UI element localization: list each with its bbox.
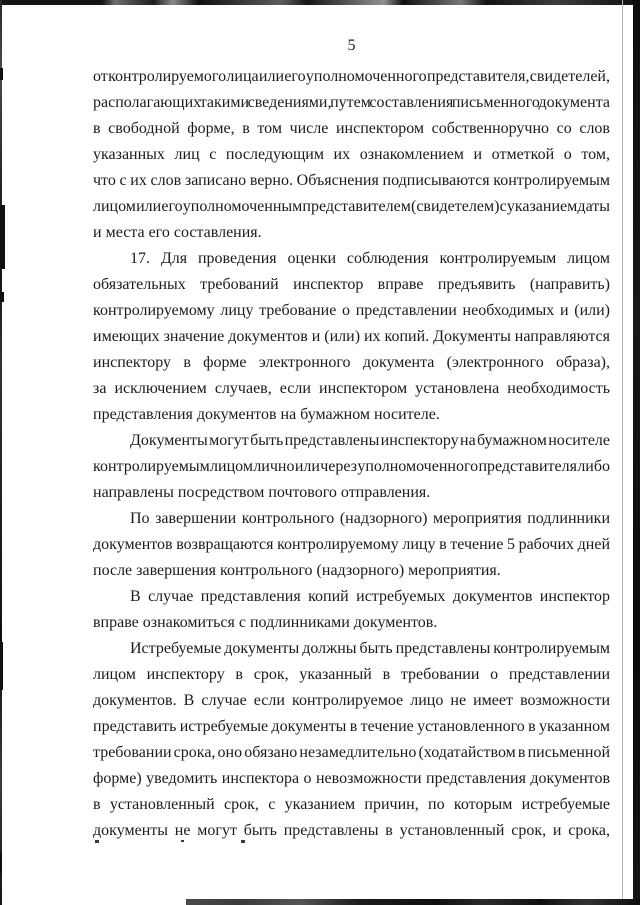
text-line: Документы могут быть представлены инспек… bbox=[93, 428, 610, 454]
text-line: требовании срока, оно обязано незамедлит… bbox=[93, 740, 610, 766]
text-line: По завершении контрольного (надзорного) … bbox=[93, 506, 610, 532]
text-line: инспектору в форме электронного документ… bbox=[93, 350, 610, 376]
scan-edge-top bbox=[0, 0, 640, 5]
text-line: контролируемым лицом лично или через упо… bbox=[93, 454, 610, 480]
text-line: и места его составления. bbox=[93, 220, 610, 246]
scan-edge-right bbox=[633, 0, 640, 905]
page-number: 5 bbox=[93, 36, 610, 56]
scan-artifact bbox=[0, 852, 2, 874]
text-line: форме) уведомить инспектора о невозможно… bbox=[93, 766, 610, 792]
scan-artifact bbox=[0, 205, 5, 269]
text-line: документов возвращаются контролируемому … bbox=[93, 532, 610, 558]
text-line: указанных лиц с последующим их ознакомле… bbox=[93, 142, 610, 168]
scan-edge-left bbox=[0, 0, 2, 905]
text-line: лицом или его уполномоченным представите… bbox=[93, 194, 610, 220]
text-line: направлены посредством почтового отправл… bbox=[93, 480, 610, 506]
text-line: документов. В случае если контролируемое… bbox=[93, 688, 610, 714]
text-line: В случае представления копий истребуемых… bbox=[93, 584, 610, 610]
text-line: за исключением случаев, если инспектором… bbox=[93, 376, 610, 402]
scan-artifact bbox=[0, 642, 3, 690]
text-line: представить истребуемые документы в тече… bbox=[93, 714, 610, 740]
text-line: обязательных требований инспектор вправе… bbox=[93, 272, 610, 298]
text-line: имеющих значение документов и (или) их к… bbox=[93, 324, 610, 350]
text-line: после завершения контрольного (надзорног… bbox=[93, 558, 610, 584]
text-line: Истребуемые документы должны быть предст… bbox=[93, 636, 610, 662]
scan-artifact bbox=[0, 68, 3, 80]
text-line: в свободной форме, в том числе инспектор… bbox=[93, 116, 610, 142]
text-line: 17. Для проведения оценки соблюдения кон… bbox=[93, 246, 610, 272]
document-page: 5 от контролируемого лица или его уполно… bbox=[0, 0, 640, 905]
text-line: что с их слов записано верно. Объяснения… bbox=[93, 168, 610, 194]
text-line: лицом инспектору в срок, указанный в тре… bbox=[93, 662, 610, 688]
text-line: вправе ознакомиться с подлинниками докум… bbox=[93, 610, 610, 636]
scan-edge-bottom bbox=[186, 899, 640, 905]
text-line: представления документов на бумажном нос… bbox=[93, 402, 610, 428]
document-body: от контролируемого лица или его уполномо… bbox=[93, 64, 610, 844]
text-line: в установленный срок, с указанием причин… bbox=[93, 792, 610, 818]
scan-artifact bbox=[0, 292, 4, 302]
text-line: располагающих такими сведениями, путем с… bbox=[93, 90, 610, 116]
text-line: контролируемому лицу требование о предст… bbox=[93, 298, 610, 324]
scan-fold-line bbox=[622, 0, 623, 905]
text-line: от контролируемого лица или его уполномо… bbox=[93, 64, 610, 90]
text-line: документы не могут быть представлены в у… bbox=[93, 818, 610, 844]
